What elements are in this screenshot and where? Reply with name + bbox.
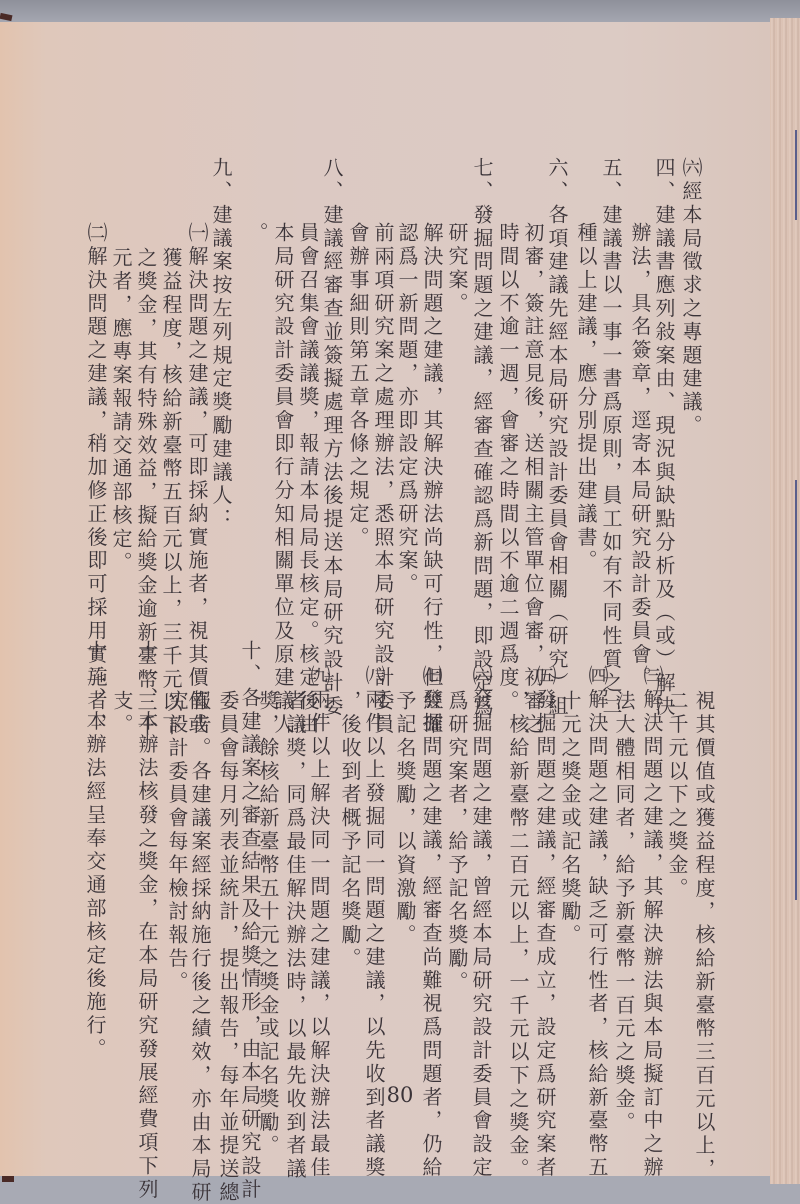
text-column: 本局研究設計委員會即行分知相關單位及原建議人 (271, 222, 295, 737)
text-column: 研究案。 (445, 222, 469, 316)
text-column: 認爲一新問題，亦即設定爲研究案。 (395, 222, 419, 596)
text-column: 二千元以下之獎金。 (665, 690, 689, 901)
page-corner (2, 1176, 14, 1182)
text-column: 予記名獎勵，以資激勵。 (393, 690, 417, 947)
text-column: 五、建議書以一事一書爲原則，員工如有不同性質之二 (599, 157, 623, 719)
text-column: 支。 (110, 690, 134, 737)
text-column: 九、建議案按左列規定獎勵建議人： (209, 157, 233, 531)
text-column: 究設計委員會每年檢討報告。 (165, 690, 189, 994)
text-column: 八、建議經審查並簽擬處理方法後提送本局研究設計委 (320, 157, 344, 719)
text-column: ㈥經本局徵求之專題建議。 (679, 157, 703, 438)
text-column: 會辦事細則第五章各條之規定。 (346, 222, 370, 550)
text-column: 前兩項研究案之處理辦法，悉照本局研究設計委員 (371, 222, 395, 737)
edge-mark (795, 130, 797, 220)
text-column: 十元之獎金或記名獎勵。 (558, 690, 582, 947)
text-column: ㈠解決問題之建議，可即採納實施者，視其價值或 (185, 222, 209, 737)
text-column: 委員會每月列表並統計，提出報告，每年並提送總 (216, 690, 240, 1204)
text-column: 種以上建議，應分別提出建議書。 (574, 222, 598, 573)
text-column: 視其價值或獲益程度，核給新臺幣三百元以上， (692, 690, 716, 1181)
text-column: 初審，簽註意見後，送相關主管單位會審，初審之 (521, 222, 545, 737)
text-column: 員會召集會議議獎，報請本局局長核定。核定後由 (296, 222, 320, 737)
text-column: 時間以不逾一週，會審之時間以不逾二週爲度。 (496, 222, 520, 713)
text-column: 辦法，具名簽章，逕寄本局研究設計委員會。 (628, 222, 652, 690)
text-column: 七、發掘問題之建議，經審查確認爲新問題，即設定爲 (470, 157, 494, 719)
text-column: 十一、本辦法核發之獎金，在本局研究發展經費項下列 (135, 640, 159, 1202)
text-column: 獲益程度，核給新臺幣五百元以上，三千元以下 (159, 247, 183, 738)
text-column: 四、建議書應列敍案由、現況與缺點分析及（或）解決 (652, 157, 676, 719)
page-number: 80 (0, 1083, 800, 1107)
text-column: 爲研究案者，給予記名獎勵。 (445, 690, 469, 994)
text-column: 者議獎，同爲最佳解決辦法時，以最先收到者議 (283, 690, 307, 1181)
edge-mark (795, 480, 797, 900)
text-column: ，核給新臺幣二百元以上，一千元以下之獎金。 (506, 690, 530, 1181)
text-column: 十二、本辦法經呈奉交通部核定後施行。 (83, 640, 107, 1061)
text-column: 六、各項建議先經本局研究設計委員會相關（研究）組 (545, 157, 569, 719)
text-column: 。 (245, 222, 269, 245)
text-column: 解決問題之建議，其解決辦法尚缺可行性，但經確 (420, 222, 444, 737)
text-column: 法大體相同者，給予新臺幣一百元之獎金。 (612, 690, 636, 1135)
background-bottom (0, 1176, 800, 1204)
background-top (0, 0, 800, 22)
text-column: 十、各建議案之審查結果及給獎情形，由本局研究設計 (238, 640, 262, 1202)
text-column: 元者，應專案報請交通部核定。 (109, 247, 133, 575)
text-column: ，後收到者概予記名獎勵。 (338, 690, 362, 971)
text-column: 報告。各建議案經採納施行後之績效，亦由本局研 (188, 690, 212, 1204)
